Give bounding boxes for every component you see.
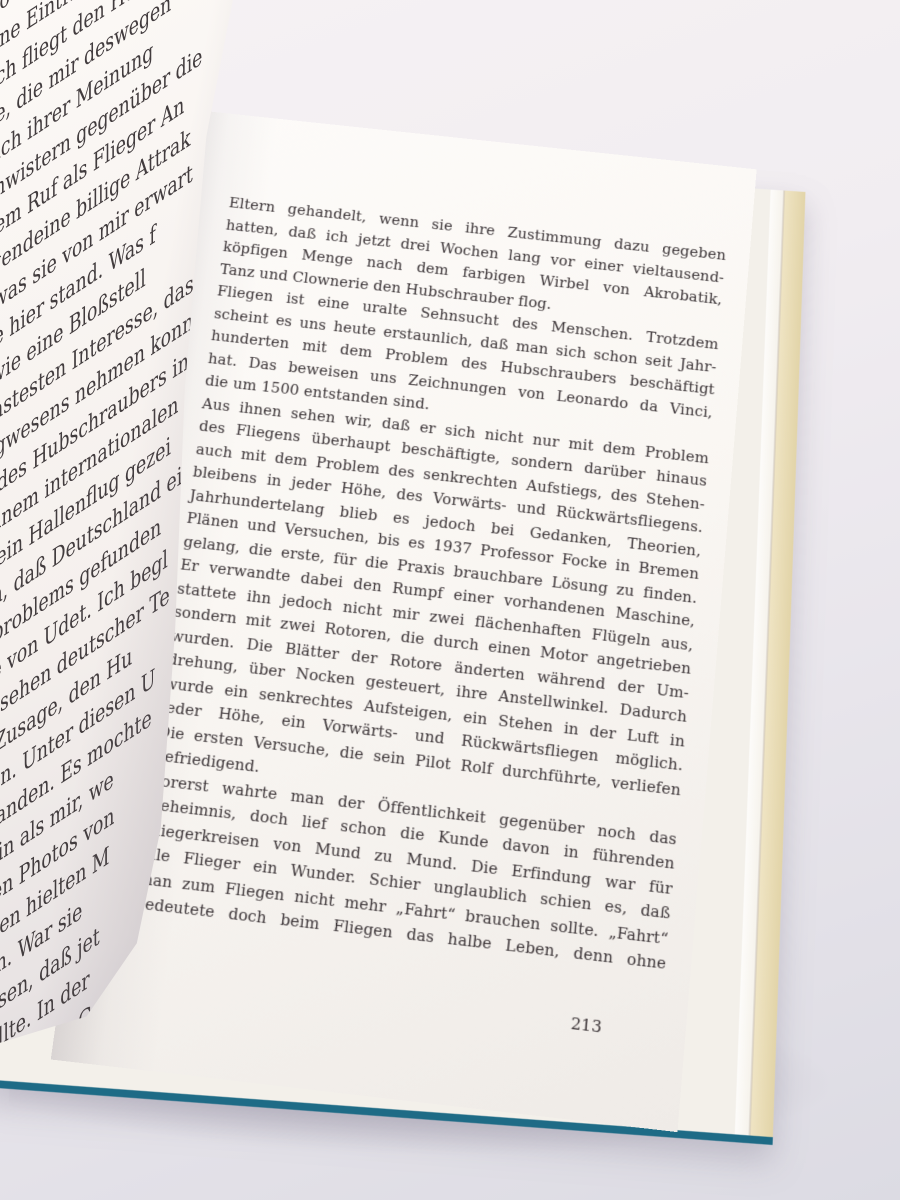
- book-photo: Eltern gehandelt, wenn sie ihre Zustimmu…: [0, 0, 900, 1200]
- paragraph: Aus ihnen sehen wir, daß er sich nicht n…: [153, 392, 710, 827]
- page-number: 213: [125, 963, 661, 1044]
- right-page-text: Eltern gehandelt, wenn sie ihre Zustimmu…: [133, 192, 726, 977]
